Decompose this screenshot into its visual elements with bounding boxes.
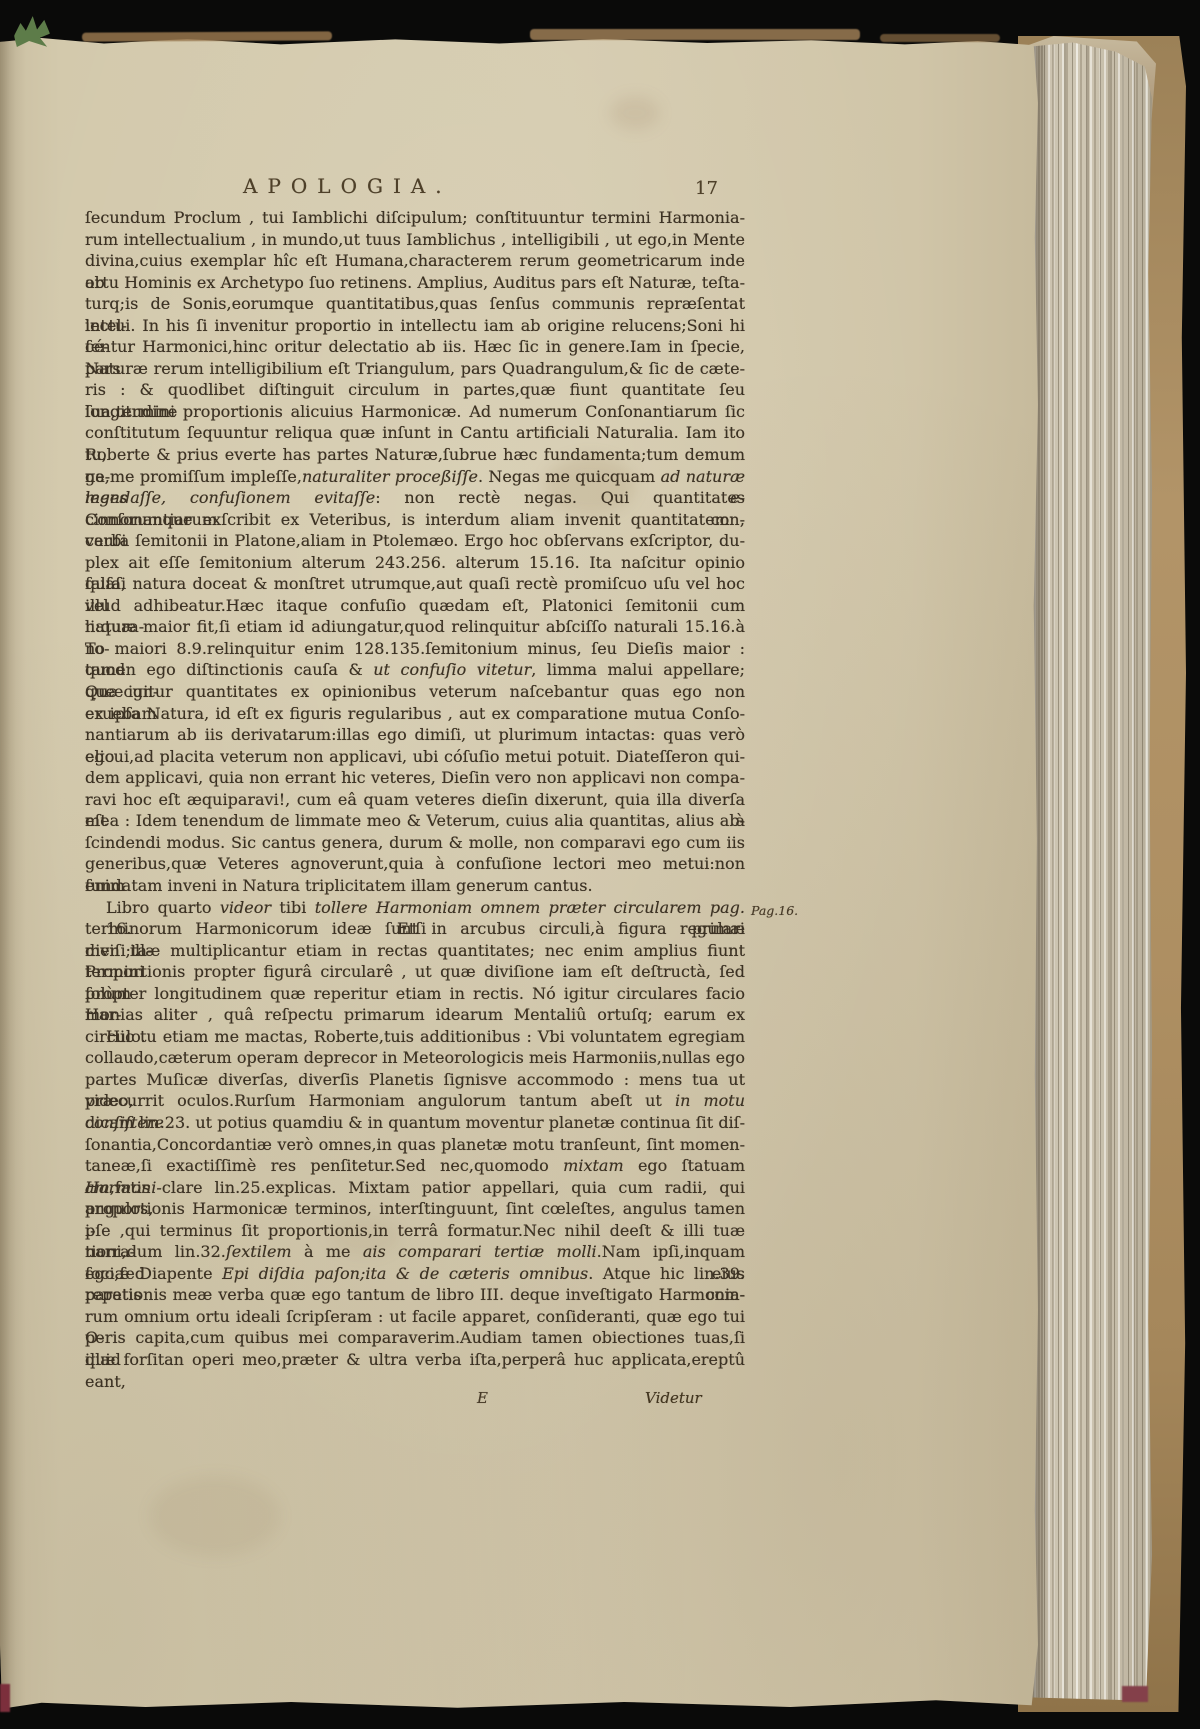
text-line: ſociæ Diapente Epi diſdia paſon;ita & de… <box>85 1263 745 1285</box>
text-line: peris capita,cum quibus mei comparaverim… <box>85 1327 745 1349</box>
text-line: rum intellectualium , in mundo,ut tuus I… <box>85 229 745 251</box>
text-line: cauſa ſemitonii in Platone,aliam in Ptol… <box>85 530 745 552</box>
text-line: ga,me promiſſum impleſſe,naturaliter pro… <box>85 466 745 488</box>
page-header: APOLOGIA. 17 <box>85 176 745 207</box>
text-line: plex ait eſſe ſemitonium alterum 243.256… <box>85 552 745 574</box>
running-title: APOLOGIA. <box>243 176 452 198</box>
text-line: ravi hoc eſt æquiparavi!, cum eâ quam ve… <box>85 789 745 811</box>
text-line: mea : Idem tenendum de limmate meo & Vet… <box>85 810 745 832</box>
page-edge-fragment <box>530 29 860 40</box>
text-line: collaudo,cæterum operam deprecor in Mete… <box>85 1047 745 1069</box>
text-line: am,ſatis clare lin.25.explicas. Mixtam p… <box>85 1177 745 1199</box>
text-line: mendaſſe, confuſionem evitaſſe: non rect… <box>85 487 745 509</box>
text-line: que igitur quantitates ex opinionibus ve… <box>85 681 745 703</box>
text-line: ſonantia,Concordantiæ verò omnes,in quas… <box>85 1134 745 1156</box>
text-line: parationis meæ verba quæ ego tantum de l… <box>85 1284 745 1306</box>
text-line: præcurrit oculos.Rurſum Harmoniam angulo… <box>85 1090 745 1112</box>
text-line: divina,cuius exemplar hîc eſt Humana,cha… <box>85 250 745 272</box>
text-line: monias aliter , quâ reſpectu primarum id… <box>85 1004 745 1026</box>
page-number: 17 <box>695 178 718 200</box>
page-edge-fragment <box>880 34 1000 42</box>
text-line: ortu Hominis ex Archetypo ſuo retinens. … <box>85 272 745 294</box>
text-line: Hic tu etiam me mactas, Roberte,tuis add… <box>85 1026 745 1048</box>
text-line: tamen ego diſtinctionis cauſa & ut confu… <box>85 659 745 681</box>
fore-edge-stack <box>1030 40 1152 1704</box>
text-line: ſecundum Proclum , tui Iamblichi diſcipu… <box>85 207 745 229</box>
book-scan: APOLOGIA. 17 ſecundum Proclum , tui Iamb… <box>0 0 1200 1729</box>
page-edge-fragment <box>82 31 332 41</box>
text-column: APOLOGIA. 17 ſecundum Proclum , tui Iamb… <box>85 176 745 1412</box>
margin-note: Pag.16. <box>751 900 798 922</box>
text-line: elicui,ad placita veterum non applicavi,… <box>85 746 745 768</box>
text-line: ſentur Harmonici,hinc oritur delectatio … <box>85 336 745 358</box>
text-line: dem applicavi, quia non errant hic veter… <box>85 767 745 789</box>
text-line: quaſi natura doceat & monſtret utrumque,… <box>85 573 745 595</box>
text-line: rum omnium ortu ideali ſcripſeram : ut f… <box>85 1306 745 1328</box>
text-line: men illæ multiplicantur etiam in rectas … <box>85 940 745 962</box>
catchword: Videtur <box>645 1388 702 1410</box>
text-line: partes Muſicæ diverſas, diverſis Planeti… <box>85 1069 745 1091</box>
text-line: Naturæ rerum intelligibilium eſt Triangu… <box>85 358 745 380</box>
red-edge-sliver <box>0 1684 10 1712</box>
text-line: proportionis Harmonicæ terminos, interſt… <box>85 1198 745 1220</box>
signature-mark: E <box>477 1388 488 1410</box>
stain <box>610 96 660 130</box>
text-line: ex ipſa Natura, id eſt ex figuris regula… <box>85 703 745 725</box>
page-footer: E Videtur <box>85 1388 745 1412</box>
text-line: generibus,quæ Veteres agnoverunt,quia à … <box>85 853 745 875</box>
text-line: ſua,termini proportionis alicuius Harmon… <box>85 401 745 423</box>
text-line: turq;is de Sonis,eorumque quantitatibus,… <box>85 293 745 315</box>
text-line: pſe ,qui terminus ſit proportionis,in te… <box>85 1220 745 1242</box>
text-line: dicam lin.23. ut potius quamdiu & in qua… <box>85 1112 745 1134</box>
text-line: li:quæ maior fit,ſi etiam id adiungatur,… <box>85 616 745 638</box>
text-line: fundatam inveni in Natura triplicitatem … <box>85 875 745 897</box>
text-line: lectui. In his ſi invenitur proportio in… <box>85 315 745 337</box>
text-line: nantiarum ab iis derivatarum:illas ego d… <box>85 724 745 746</box>
text-line: no maiori 8.9.relinquitur enim 128.135.ſ… <box>85 638 745 660</box>
text-line: illud adhibeatur.Hæc itaque confuſio quæ… <box>85 595 745 617</box>
text-line: propter longitudinem quæ reperitur etiam… <box>85 983 745 1005</box>
text-line: Libro quarto videor tibi tollere Harmoni… <box>85 897 745 919</box>
red-edge-sliver <box>1122 1686 1148 1702</box>
text-line: conſtitutum ſequuntur reliqua quæ inſunt… <box>85 422 745 444</box>
gutter-shadow <box>0 36 26 1712</box>
text-line: taneæ,ſi exactiſſimè res penſitetur.Sed … <box>85 1155 745 1177</box>
stain <box>150 1476 280 1556</box>
text-line: Roberte & prius everte has partes Naturæ… <box>85 444 745 466</box>
text-line: ris : & quodlibet diſtinguit circulum in… <box>85 379 745 401</box>
text-lines: ſecundum Proclum , tui Iamblichi diſcipu… <box>85 207 745 1371</box>
text-line: illæ forſitan operi meo,præter & ultra v… <box>85 1349 745 1371</box>
text-line: tioni,dum lin.32.ſextilem à me ais compa… <box>85 1241 745 1263</box>
text-line: terminorum Harmonicorum ideæ ſunt in arc… <box>85 918 745 940</box>
text-line: Proportionis propter figurâ circularê , … <box>85 961 745 983</box>
text-line: ſcindendi modus. Sic cantus genera, duru… <box>85 832 745 854</box>
text-line: cinnorumque exſcribit ex Veteribus, is i… <box>85 509 745 531</box>
